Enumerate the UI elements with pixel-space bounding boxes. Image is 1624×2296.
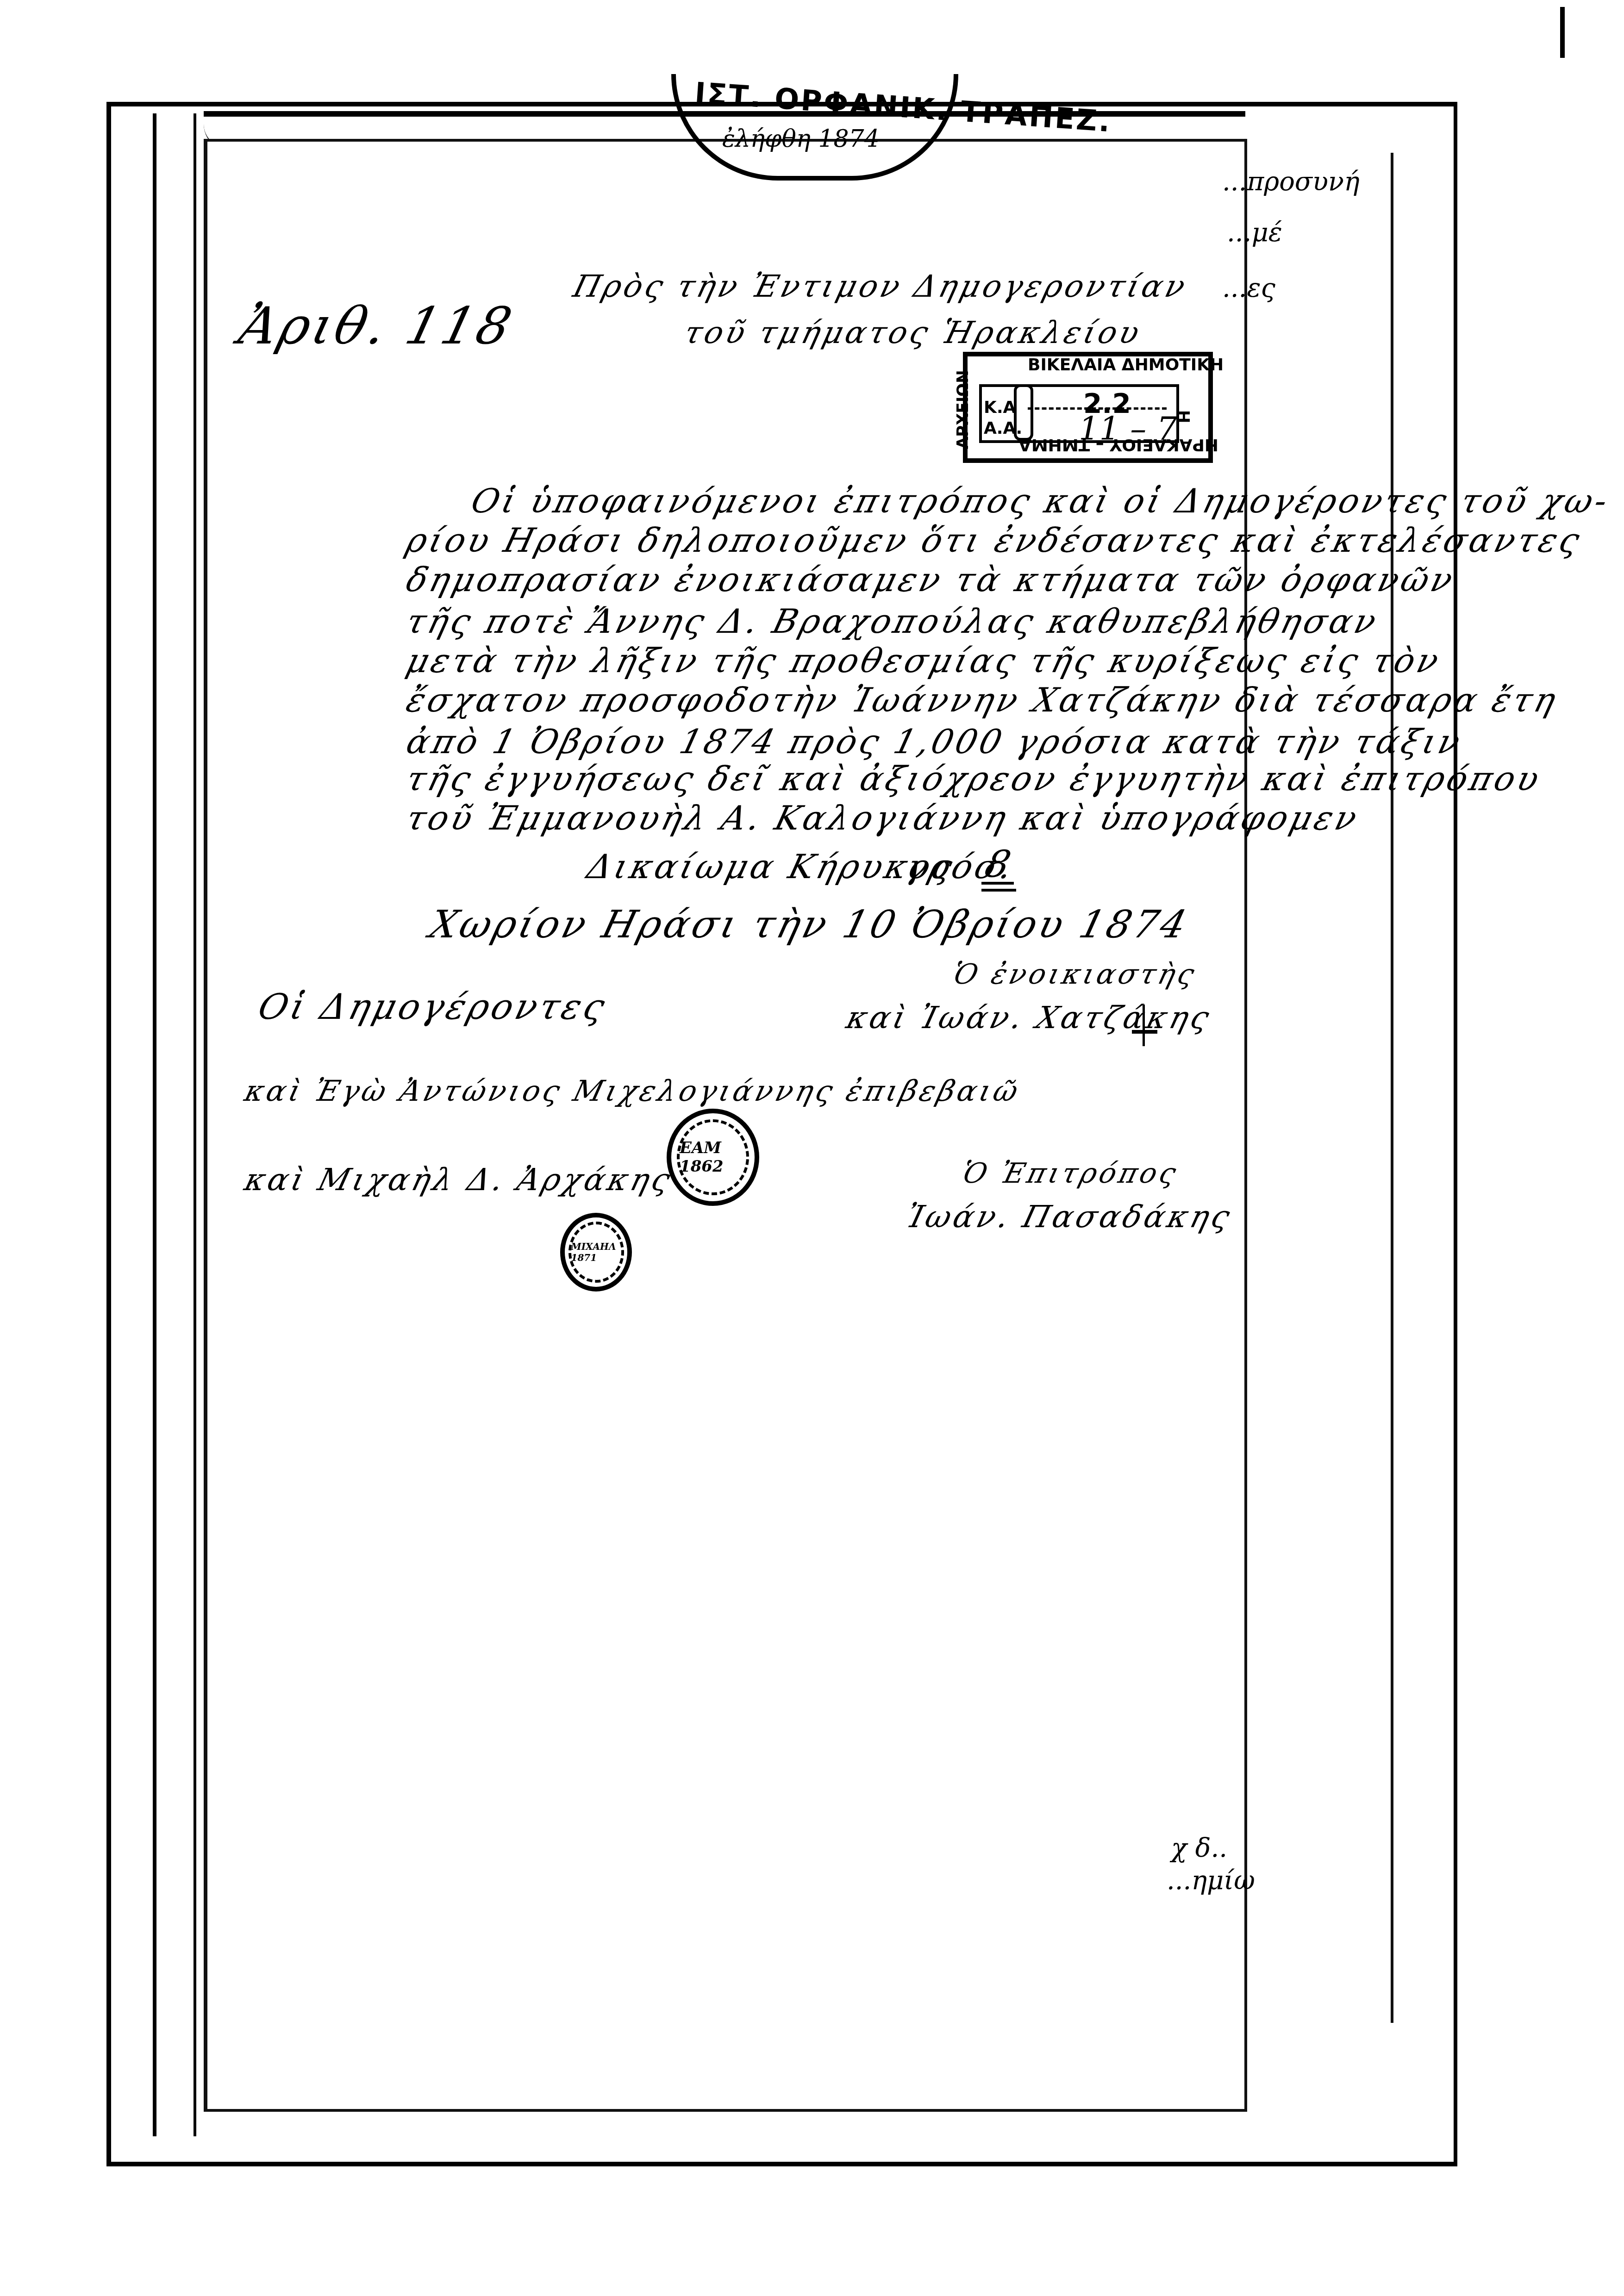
place-date: Χωρίον Ηράσι τὴν 10 Ὀβρίου 1874	[425, 903, 1193, 947]
cross-mark	[1143, 1004, 1145, 1046]
tenant-signature: καὶ Ἰωάν. Χατζάκης	[843, 1000, 1215, 1036]
archive-stamp-side: ΑΡΧΕΙΩΝ	[954, 370, 972, 449]
elder-signature-1: καὶ Ἐγὼ Ἀντώνιος Μιχελογιάννης ἐπιβεβαιῶ	[241, 1074, 1024, 1108]
elders-heading: Οἱ Δημογέροντες	[254, 986, 612, 1027]
body-line-7: ἀπὸ 1 Ὀβρίου 1874 πρὸς 1,000 γρόσια κατὰ…	[403, 722, 1467, 761]
body-line-4: τῆς ποτὲ Ἄννης Δ. Βραχοπούλας καθυπεβλήθ…	[403, 602, 1383, 641]
folded-strip-left	[153, 113, 196, 2136]
body-line-6: ἔσχατον προσφοδοτὴν Ἰωάννην Χατζάκην διὰ…	[403, 680, 1563, 719]
body-line-8: τῆς ἐγγυήσεως δεῖ καὶ ἀξιόχρεον ἐγγυητὴν…	[403, 759, 1546, 798]
margin-fragment: ...ημίω	[1167, 1865, 1255, 1896]
margin-fragment: ...προσυνή	[1222, 167, 1360, 197]
corner-mark	[1560, 7, 1565, 58]
archive-stamp-right: Η	[1175, 410, 1194, 423]
fee-underline	[981, 889, 1016, 892]
addressee-line-2: τοῦ τμήματος Ἡρακλείου	[681, 315, 1145, 350]
body-line-3: δημοπρασίαν ἐνοικιάσαμεν τὰ κτήματα τῶν …	[403, 560, 1460, 599]
fee-underline	[981, 882, 1014, 885]
archive-aa-label: Α.Α.	[984, 419, 1022, 438]
body-line-9: τοῦ Ἐμμανουὴλ Α. Καλογιάννη καὶ ὑπογράφο…	[403, 799, 1364, 837]
body-line-2: ρίου Ηράσι δηλοποιοῦμεν ὅτι ἐνδέσαντες κ…	[403, 521, 1587, 560]
seal-monogram: ΕΑΜ 1862	[677, 1119, 749, 1195]
tenant-heading: Ὁ ἐνοικιαστὴς	[949, 958, 1200, 991]
body-line-5: μετὰ τὴν λῆξιν τῆς προθεσμίας τῆς κυρίξε…	[403, 641, 1446, 680]
wax-seal-2: ΜΙΧΑΗΛ 1871	[560, 1213, 632, 1291]
archive-ka-label: Κ.Α	[984, 398, 1016, 417]
folded-strip-right	[1245, 153, 1393, 2023]
cross-mark	[1132, 1030, 1157, 1034]
elder-signature-2: καὶ Μιχαὴλ Δ. Ἀρχάκης	[241, 1162, 676, 1198]
seal-monogram: ΜΙΧΑΗΛ 1871	[568, 1222, 624, 1283]
archive-stamp-top: ΒΙΚΕΛΑΙΑ ΔΗΜΟΤΙΚΗ	[1028, 356, 1224, 374]
archive-aa-value: 11 – 7	[1079, 410, 1177, 448]
body-line-1: Οἱ ὑποφαινόμενοι ἐπιτρόπος καὶ οἱ Δημογέ…	[468, 481, 1614, 520]
margin-fragment: χ δ..	[1171, 1833, 1227, 1863]
wax-seal-1: ΕΑΜ 1862	[667, 1109, 759, 1206]
guardian-signature: Ἰωάν. Πασαδάκης	[903, 1199, 1236, 1235]
guardian-heading: Ὁ Ἐπιτρόπος	[959, 1157, 1182, 1190]
fee-label: Δικαίωμα Κήρυκος	[583, 847, 959, 886]
reference-number: Ἀριθ. 118	[233, 296, 520, 356]
margin-fragment: ...ες	[1222, 273, 1275, 303]
orphan-bank-stamp-handwriting: ἐλήφθη 1874	[722, 125, 880, 153]
addressee-line-1: Πρὸς τὴν Ἐντιμον Δημογεροντίαν	[569, 268, 1191, 304]
margin-fragment: ...μέ	[1227, 218, 1282, 248]
